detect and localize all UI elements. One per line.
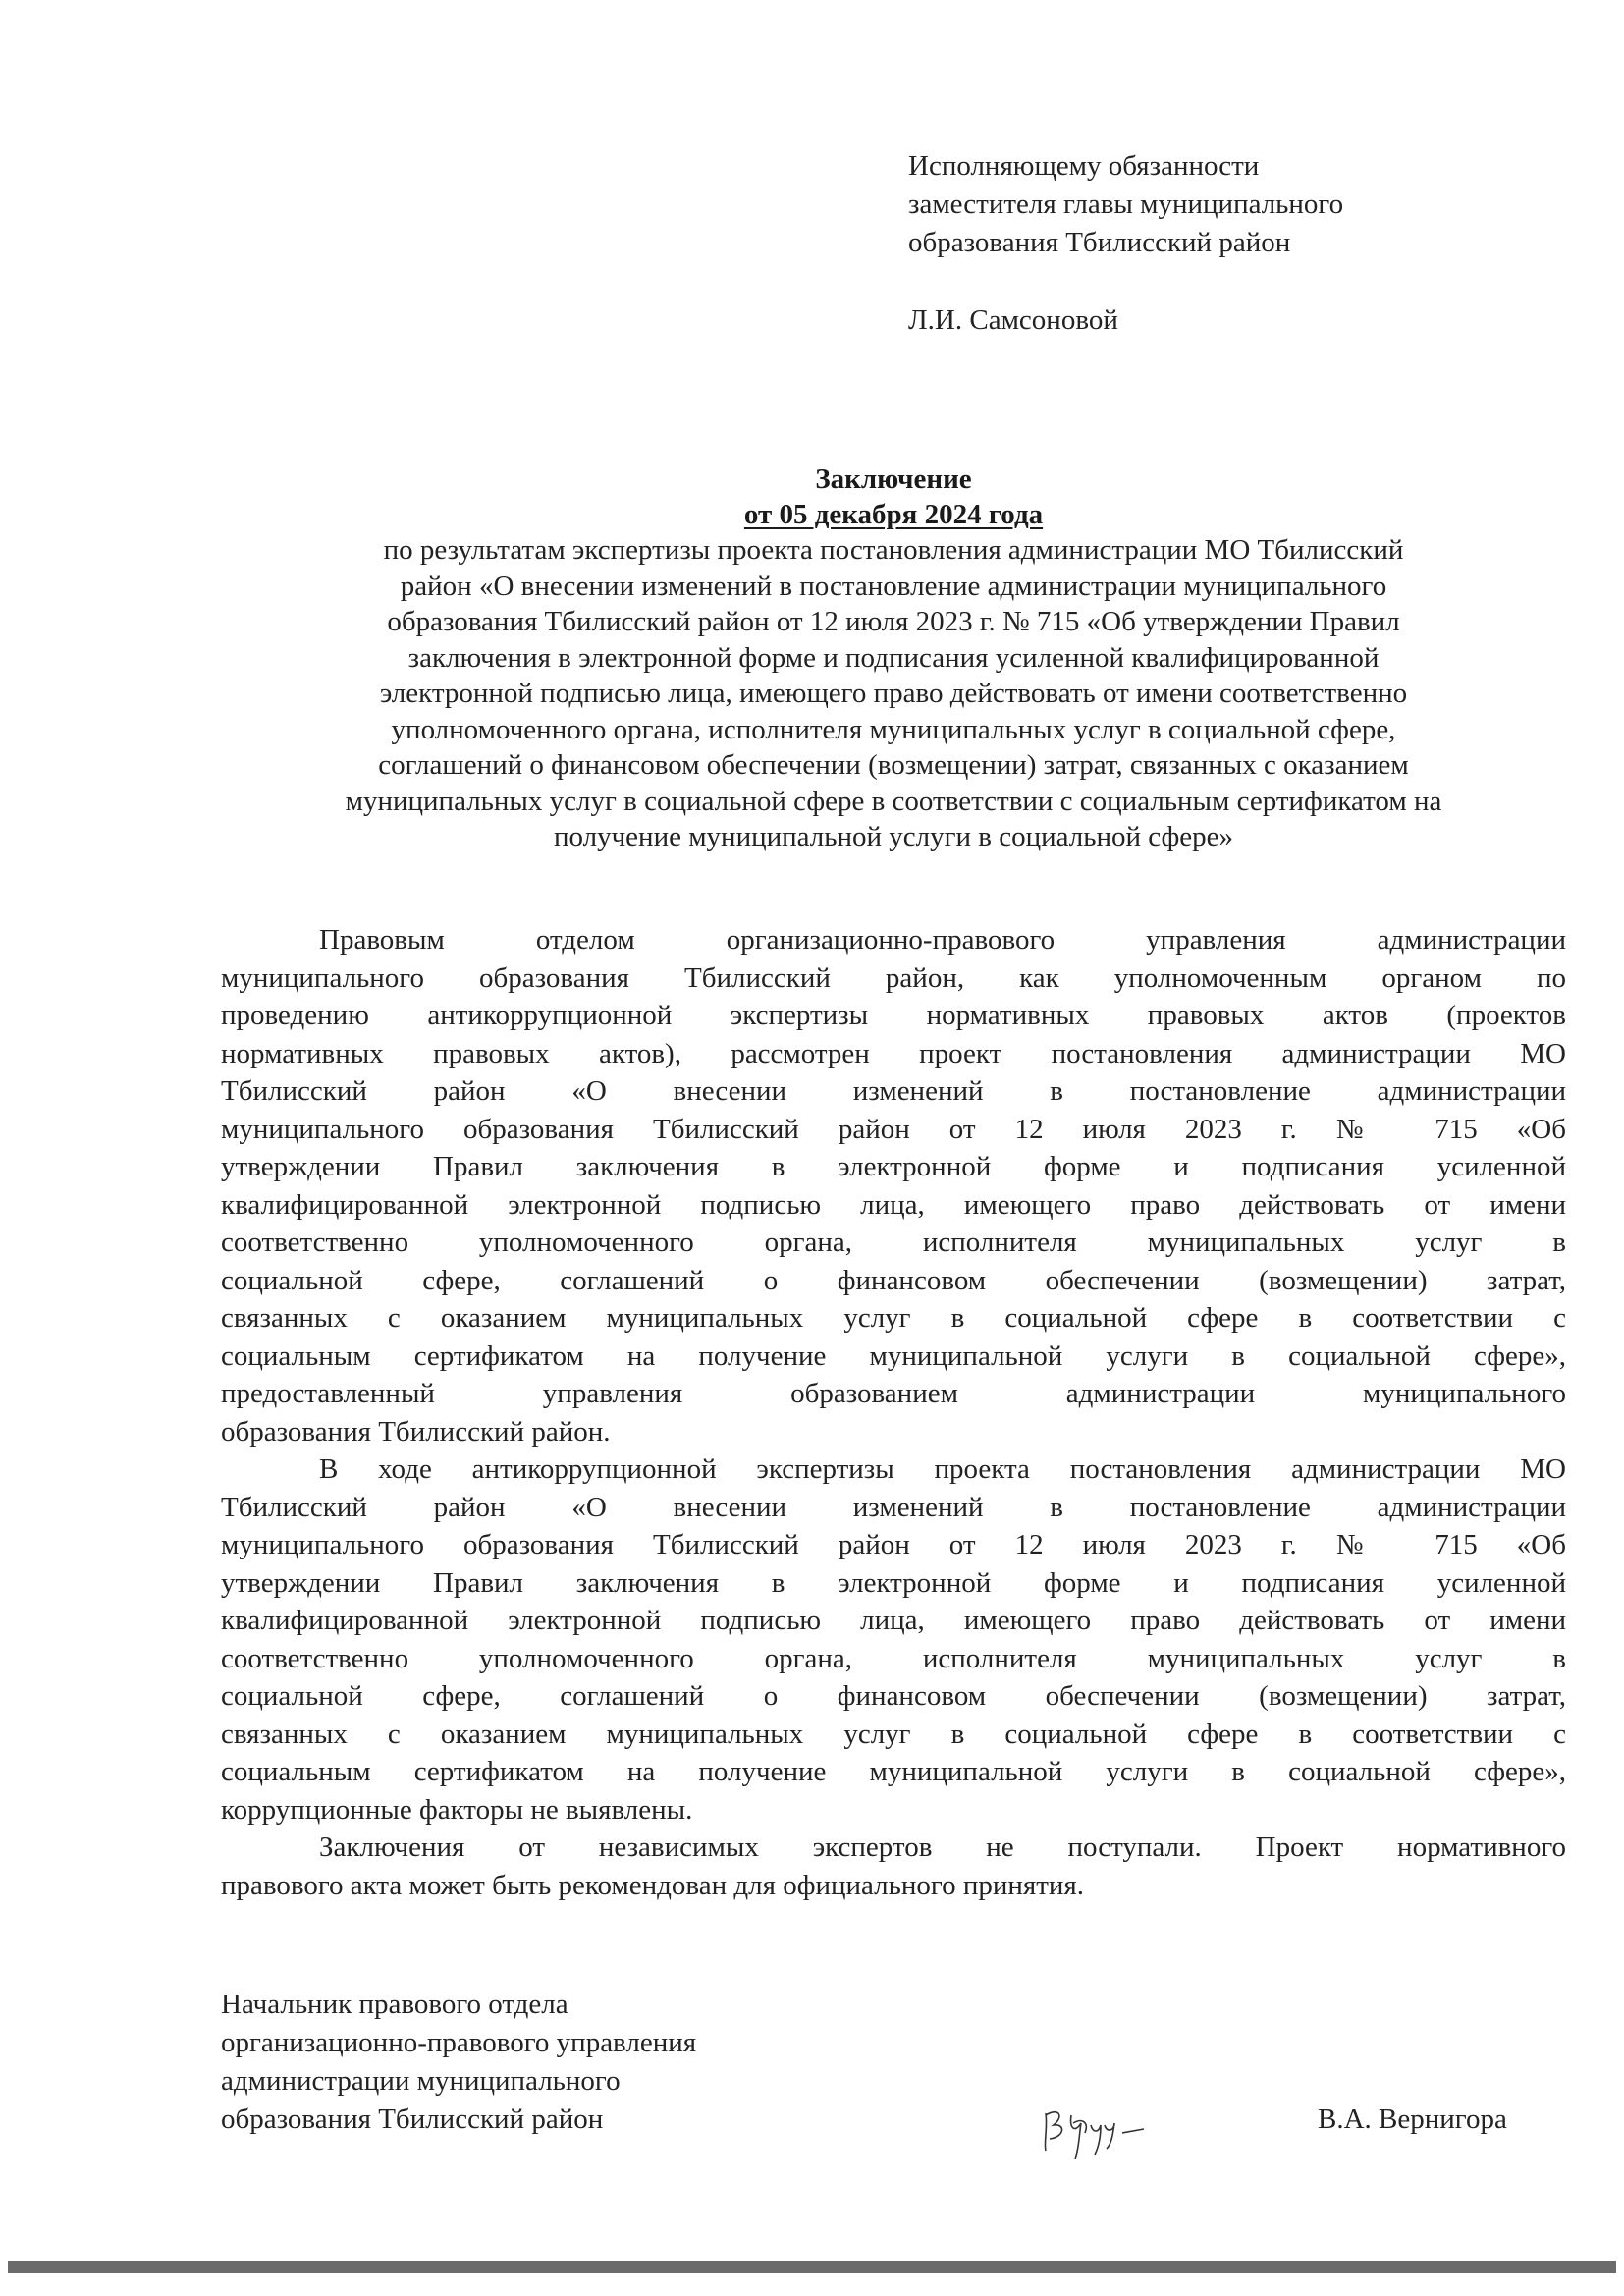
paragraph-line: Заключения от независимых экспертов не п… <box>221 1829 1566 1867</box>
addressee-line: образования Тбилисский район <box>908 224 1343 262</box>
subject-line: по результатам экспертизы проекта постан… <box>221 532 1566 569</box>
signature-block: Начальник правового отдела организационн… <box>221 1986 1566 2139</box>
paragraph-line: социальным сертификатом на получение мун… <box>221 1338 1566 1376</box>
position-line: организационно-правового управления <box>221 2024 1566 2062</box>
paragraph-line: правового акта может быть рекомендован д… <box>221 1867 1566 1905</box>
position-line: администрации муниципального <box>221 2062 1566 2101</box>
paragraph-line: связанных с оказанием муниципальных услу… <box>221 1716 1566 1754</box>
paragraph-line: коррупционные факторы не выявлены. <box>221 1791 1566 1830</box>
document-page: Исполняющему обязанности заместителя гла… <box>0 0 1624 2296</box>
paragraph-line: Тбилисский район «О внесении изменений в… <box>221 1489 1566 1527</box>
paragraph-line: социальной сфере, соглашений о финансово… <box>221 1677 1566 1716</box>
subject-line: муниципальных услуг в социальной сфере в… <box>221 784 1566 820</box>
subject-line: электронной подписью лица, имеющего прав… <box>221 676 1566 712</box>
paragraph-line: квалифицированной электронной подписью л… <box>221 1186 1566 1225</box>
document-subject: по результатам экспертизы проекта постан… <box>221 532 1566 855</box>
paragraph-line: проведению антикоррупционной экспертизы … <box>221 997 1566 1035</box>
subject-line: соглашений о финансовом обеспечении (воз… <box>221 747 1566 784</box>
body-paragraph: Правовым отделом организационно-правовог… <box>221 921 1566 1450</box>
addressee-line: заместителя главы муниципального <box>908 186 1343 224</box>
document-title: Заключение <box>221 462 1566 497</box>
paragraph-line: Тбилисский район «О внесении изменений в… <box>221 1072 1566 1111</box>
body-paragraph: Заключения от независимых экспертов не п… <box>221 1829 1566 1904</box>
subject-line: образования Тбилисский район от 12 июля … <box>221 604 1566 640</box>
paragraph-line: предоставленный управления образованием … <box>221 1375 1566 1413</box>
paragraph-line: квалифицированной электронной подписью л… <box>221 1602 1566 1640</box>
subject-line: уполномоченного органа, исполнителя муни… <box>221 712 1566 748</box>
document-header: Заключение от 05 декабря 2024 года по ре… <box>221 462 1566 855</box>
paragraph-line: Правовым отделом организационно-правовог… <box>221 921 1566 959</box>
paragraph-line: утверждении Правил заключения в электрон… <box>221 1148 1566 1186</box>
paragraph-line: соответственно уполномоченного органа, и… <box>221 1224 1566 1262</box>
paragraph-line: соответственно уполномоченного органа, и… <box>221 1640 1566 1678</box>
scan-edge-band <box>8 2261 1616 2273</box>
addressee-block: Исполняющему обязанности заместителя гла… <box>908 147 1343 340</box>
paragraph-line: муниципального образования Тбилисский ра… <box>221 1111 1566 1149</box>
paragraph-line: муниципального образования Тбилисский ра… <box>221 959 1566 998</box>
subject-line: заключения в электронной форме и подписа… <box>221 640 1566 677</box>
paragraph-line: нормативных правовых актов), рассмотрен … <box>221 1035 1566 1073</box>
paragraph-line: связанных с оказанием муниципальных услу… <box>221 1299 1566 1338</box>
handwritten-signature-icon <box>1036 2094 1154 2162</box>
subject-line: получение муниципальной услуги в социаль… <box>221 819 1566 855</box>
paragraph-line: муниципального образования Тбилисский ра… <box>221 1526 1566 1564</box>
paragraph-line: социальной сфере, соглашений о финансово… <box>221 1262 1566 1300</box>
signatory-name: В.А. Вернигора <box>1318 2101 1507 2139</box>
document-date: от 05 декабря 2024 года <box>744 497 1043 532</box>
position-line: Начальник правового отдела <box>221 1986 1566 2024</box>
paragraph-line: утверждении Правил заключения в электрон… <box>221 1564 1566 1603</box>
body-paragraph: В ходе антикоррупционной экспертизы прое… <box>221 1450 1566 1829</box>
document-body: Правовым отделом организационно-правовог… <box>221 921 1566 1904</box>
addressee-line: Исполняющему обязанности <box>908 147 1343 186</box>
paragraph-line: образования Тбилисский район. <box>221 1413 1566 1451</box>
addressee-name: Л.И. Самсоновой <box>908 301 1343 340</box>
paragraph-line: В ходе антикоррупционной экспертизы прое… <box>221 1450 1566 1489</box>
subject-line: район «О внесении изменений в постановле… <box>221 569 1566 605</box>
paragraph-line: социальным сертификатом на получение мун… <box>221 1753 1566 1791</box>
